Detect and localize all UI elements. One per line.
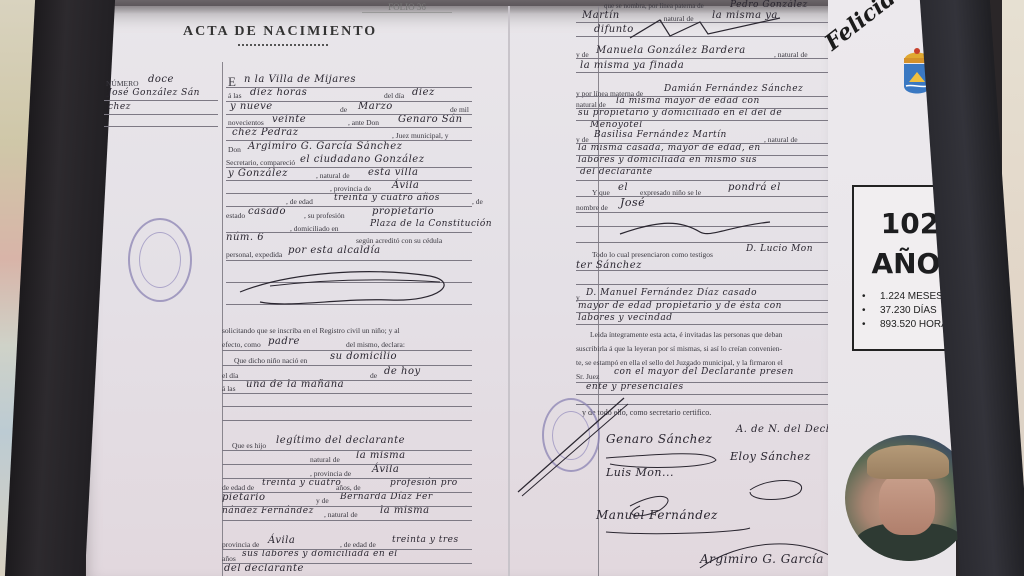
- printed-text: Don: [228, 145, 241, 154]
- printed-text: Secretario, compareció: [226, 158, 295, 167]
- handwritten-text: del declarante: [224, 563, 304, 574]
- handwritten-text: veinte: [272, 114, 306, 125]
- rule: [576, 96, 830, 97]
- handwritten-text: Marzo: [358, 101, 393, 112]
- rule: [226, 114, 472, 115]
- rule: [576, 155, 830, 156]
- rule: [226, 127, 472, 128]
- rule: [222, 350, 472, 351]
- handwritten-text: Manuela González Bardera: [596, 45, 746, 56]
- printed-text: de: [370, 371, 377, 380]
- rule: [576, 167, 830, 168]
- handwritten-text: Pedro González: [730, 0, 808, 10]
- handwritten-text: labores y vecindad: [578, 313, 673, 323]
- printed-text: y de: [316, 496, 329, 505]
- handwritten-text: treinta y cuatro: [262, 478, 341, 488]
- printed-text: efecto, como: [222, 340, 261, 349]
- printed-text: estado: [226, 211, 245, 220]
- rule: [222, 450, 472, 451]
- juzgado-stamp-left: [128, 218, 192, 302]
- handwritten-text: nández Fernández: [222, 506, 314, 516]
- rule: [576, 143, 830, 144]
- printed-text: de: [340, 105, 347, 114]
- handwritten-text: por esta alcaldía: [288, 245, 381, 256]
- pen-flourish: [600, 214, 800, 240]
- stat-text: 37.230 DÍAS: [880, 305, 937, 316]
- rule: [222, 393, 472, 394]
- printed-text: Sr. Juez: [576, 372, 599, 381]
- printed-text: , su profesión: [304, 211, 345, 220]
- printed-text: según acreditó con su cédula: [356, 236, 442, 245]
- printed-text: , natural de: [324, 510, 358, 519]
- pen-flourish: [230, 262, 470, 312]
- printed-text: novecientos: [228, 118, 264, 127]
- handwritten-text: esta villa: [368, 167, 418, 178]
- stat-text: 1.224 MESES: [880, 291, 943, 302]
- handwritten-text: Bernarda Díaz Fer: [340, 492, 433, 502]
- printed-text: te, se estampó en ella el sello del Juzg…: [576, 358, 783, 367]
- rule: [222, 492, 472, 493]
- rule: [104, 126, 218, 127]
- handwritten-text: la misma: [356, 450, 406, 461]
- printed-text: , natural de: [316, 171, 350, 180]
- printed-text: , provincia de: [310, 469, 351, 478]
- bullet: •: [862, 319, 880, 330]
- printed-text: , ante Don: [348, 118, 379, 127]
- handwritten-text: Ávila: [268, 535, 295, 546]
- rule: [576, 180, 830, 181]
- rule: [576, 72, 830, 73]
- handwritten-text: Genaro Sán: [398, 114, 463, 125]
- rule: [222, 506, 472, 507]
- handwritten-text: propietario: [372, 206, 434, 217]
- handwritten-text: con el mayor del Declarante presen: [614, 367, 794, 377]
- printed-text: solicitando que se inscriba en el Regist…: [222, 326, 400, 335]
- handwritten-text: el: [618, 182, 628, 193]
- rule: [576, 270, 830, 271]
- bullet: •: [862, 291, 880, 302]
- rule: [576, 196, 830, 197]
- rule: [226, 87, 472, 88]
- rule: [222, 549, 472, 550]
- handwritten-text: n la Villa de Mijares: [244, 74, 356, 85]
- printed-text: Que es hijo: [232, 441, 266, 450]
- handwritten-text: D. Lucio Mon: [746, 244, 813, 254]
- handwritten-text: Ávila: [392, 180, 419, 191]
- rule: [576, 300, 830, 301]
- handwritten-text: D. Manuel Fernández Díaz casado: [586, 288, 757, 298]
- rule: [576, 242, 830, 243]
- printed-text: años: [222, 554, 236, 563]
- printed-text: que se nombra, por línea paterna de: [604, 2, 704, 10]
- rule: [226, 260, 472, 261]
- handwritten-text: Basilisa Fernández Martín: [594, 130, 727, 140]
- printed-text: Todo lo cual presenciaron como testigos: [592, 250, 713, 259]
- rule: [222, 365, 472, 366]
- printed-text: del día: [384, 91, 404, 100]
- rule: [222, 420, 472, 421]
- printed-text: , Juez municipal, y: [392, 131, 448, 140]
- stat-hours: •893.520 HORAS: [862, 319, 955, 330]
- handwritten-text: del declarante: [580, 167, 653, 177]
- handwritten-text: pondrá el: [728, 182, 781, 193]
- child-name: José: [620, 196, 645, 209]
- rule: [104, 100, 218, 101]
- handwritten-text: diez: [412, 87, 435, 98]
- handwritten-text: chez Pedraz: [232, 127, 299, 138]
- handwritten-text: el ciudadano González: [300, 154, 424, 165]
- flat-cap: [867, 445, 949, 479]
- rule: [576, 120, 830, 121]
- handwritten-text: labores y domiciliada en mismo sus: [578, 155, 757, 165]
- rule: [576, 58, 830, 59]
- rule: [222, 464, 472, 465]
- handwritten-text: mayor de edad propietario y de ésta con: [578, 301, 782, 311]
- rule: [576, 312, 830, 313]
- handwritten-text: Argimiro G. García Sánchez: [248, 141, 402, 152]
- printed-text: suscribirla á que la leyeran por sí mism…: [576, 344, 782, 353]
- handwritten-text: treinta y cuatro años: [334, 193, 440, 203]
- bullet: •: [862, 305, 880, 316]
- printed-text: , de: [472, 197, 483, 206]
- face: [879, 473, 935, 535]
- handwritten-text: sus labores y domiciliada en el: [242, 549, 398, 559]
- printed-text: á las: [222, 384, 236, 393]
- printed-text: provincia de: [222, 540, 259, 549]
- pen-flourish: [600, 14, 800, 44]
- title-ornament: [238, 44, 328, 46]
- handwritten-text: treinta y tres: [392, 535, 459, 545]
- printed-text: Leida íntegramente esta acta, é invitada…: [590, 330, 782, 339]
- rule: [576, 108, 830, 109]
- printed-text: de mil: [450, 105, 469, 114]
- handwritten-text: Ávila: [372, 464, 399, 475]
- rule: [226, 193, 472, 194]
- rule: [104, 114, 218, 115]
- rule: [226, 232, 472, 233]
- numero-label: NÚMERO: [106, 79, 139, 88]
- printed-text: nombre de: [576, 203, 608, 212]
- rule: [226, 101, 472, 102]
- handwritten-text: Menoyotel: [590, 120, 643, 130]
- printed-text: personal, expedida: [226, 250, 282, 259]
- handwritten-text: y nueve: [230, 101, 273, 112]
- handwritten-text: la misma ya finada: [580, 60, 684, 71]
- document-title: ACTA DE NACIMIENTO: [183, 24, 377, 40]
- printed-text: á las: [228, 91, 242, 100]
- rule: [222, 563, 472, 564]
- handwritten-text: legítimo del declarante: [276, 435, 405, 446]
- handwritten-text: casado: [248, 206, 286, 217]
- printed-text: años, de: [336, 483, 361, 492]
- handwritten-text: pietario: [222, 492, 266, 503]
- handwritten-text: su propietario y domiciliado en el del d…: [578, 108, 782, 118]
- printed-text: natural de: [310, 455, 340, 464]
- rule: [576, 212, 830, 213]
- rule: [222, 478, 472, 479]
- rule: [576, 382, 830, 383]
- rule: [226, 167, 472, 168]
- numero-name-1: José González Sán: [108, 88, 200, 98]
- rule: [576, 324, 830, 325]
- signature-flourishes: [600, 440, 840, 576]
- printed-text: , de edad de: [340, 540, 376, 549]
- rule: [226, 206, 472, 207]
- printed-text: Que dicho niño nació en: [234, 356, 307, 365]
- page-fold: [508, 6, 510, 576]
- rule: [222, 406, 472, 407]
- handwritten-text: Plaza de la Constitución: [370, 219, 492, 229]
- rule: [222, 380, 472, 381]
- handwritten-text: la misma mayor de edad con: [616, 96, 760, 106]
- printed-text: el día: [222, 371, 238, 380]
- rule: [222, 520, 472, 521]
- numero-name-2: chez: [108, 102, 131, 112]
- handwritten-text: profesión pro: [390, 478, 458, 488]
- handwritten-text: de hoy: [384, 366, 421, 377]
- handwritten-text: y González: [228, 168, 288, 179]
- handwritten-text: padre: [268, 336, 300, 347]
- rule: [226, 140, 472, 141]
- handwritten-text: la misma casada, mayor de edad, en: [578, 143, 761, 153]
- printed-text: , de edad: [286, 197, 313, 206]
- rule: [226, 180, 472, 181]
- printed-text: , provincia de: [330, 184, 371, 193]
- numero-value: doce: [148, 74, 174, 85]
- handwritten-text: su domicilio: [330, 351, 397, 362]
- handwritten-text: núm. 6: [226, 232, 264, 243]
- handwritten-text: diez horas: [250, 87, 307, 98]
- printed-text: de edad de: [222, 483, 254, 492]
- page-number: FOLIO 36: [362, 2, 452, 13]
- printed-text: del mismo, declara:: [346, 340, 405, 349]
- rule: [576, 284, 830, 285]
- handwritten-text: Damián Fernández Sánchez: [664, 84, 803, 94]
